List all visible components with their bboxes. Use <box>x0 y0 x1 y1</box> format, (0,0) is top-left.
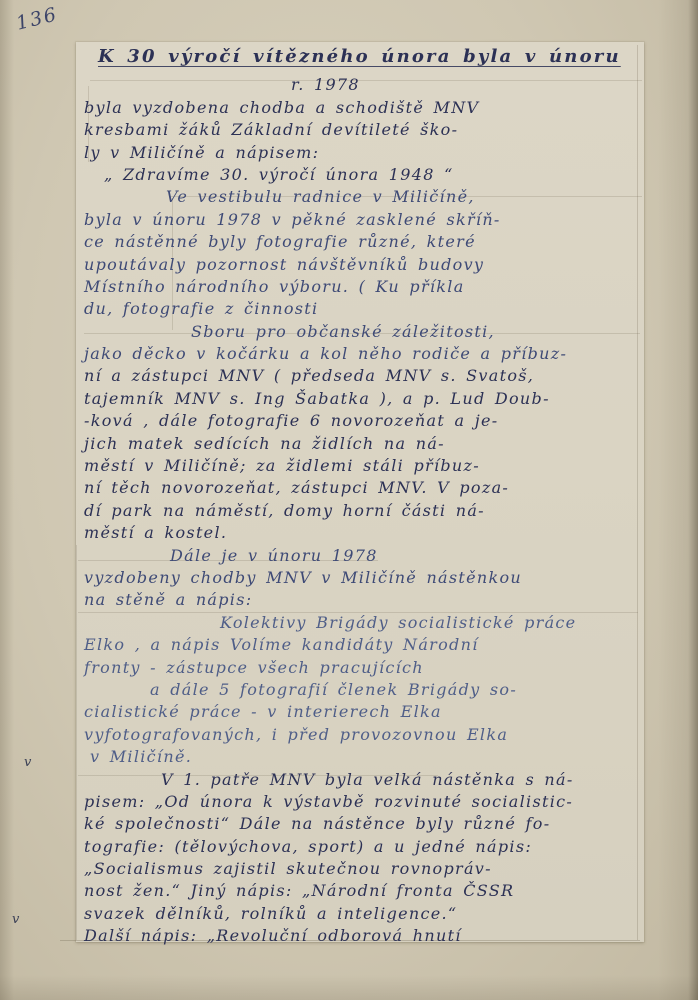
handwritten-line: ké společnosti“ Dále na nástěnce byly rů… <box>84 813 644 835</box>
handwritten-line: vyzdobeny chodby MNV v Miličíně nástěnko… <box>84 567 644 589</box>
handwritten-line: ly v Miličíně a nápisem: <box>84 142 644 164</box>
chronicle-page-scan: 136 v v K 30 výročí vítězného února byla… <box>0 0 698 1000</box>
page-heading: K 30 výročí vítězného února byla v únoru <box>98 46 644 68</box>
paper-seam <box>76 545 77 940</box>
handwritten-line: svazek dělníků, rolníků a inteligence.“ <box>84 903 644 925</box>
handwritten-line: tografie: (tělovýchova, sport) a u jedné… <box>84 836 644 858</box>
handwritten-line: městí a kostel. <box>84 522 644 544</box>
handwritten-line: Místního národního výboru. ( Ku příkla <box>84 276 644 298</box>
handwritten-line: tajemník MNV s. Ing Šabatka ), a p. Lud … <box>84 388 644 410</box>
handwritten-text-block: K 30 výročí vítězného února byla v únoru… <box>84 46 644 948</box>
handwritten-line: „ Zdravíme 30. výročí února 1948 “ <box>104 164 644 186</box>
handwritten-line: nost žen.“ Jiný nápis: „Národní fronta Č… <box>84 880 644 902</box>
handwritten-line: Další nápis: „Revoluční odborová hnutí <box>84 925 644 947</box>
handwritten-line: cialistické práce - v interierech Elka <box>84 701 644 723</box>
handwritten-line: byla v únoru 1978 v pěkné zasklené skříň… <box>84 209 644 231</box>
handwritten-line: V 1. patře MNV byla velká nástěnka s ná- <box>161 769 644 791</box>
handwritten-line: jich matek sedících na židlích na ná- <box>84 433 644 455</box>
handwritten-line: Ve vestibulu radnice v Miličíně, <box>166 186 644 208</box>
page-number: 136 <box>14 3 60 35</box>
handwritten-line: ní těch novorozeňat, zástupci MNV. V poz… <box>84 477 644 499</box>
handwritten-line: byla vyzdobena chodba a schodiště MNV <box>84 97 644 119</box>
handwritten-line: Sboru pro občanské záležitosti, <box>191 321 644 343</box>
handwritten-line: jako děcko v kočárku a kol něho rodiče a… <box>84 343 644 365</box>
handwritten-line: a dále 5 fotografií členek Brigády so- <box>150 679 644 701</box>
handwritten-line: Kolektivy Brigády socialistické práce <box>220 612 644 634</box>
handwritten-line: ní a zástupci MNV ( předseda MNV s. Svat… <box>84 365 644 387</box>
margin-check-mark: v <box>12 912 19 927</box>
handwritten-line: fronty - zástupce všech pracujících <box>84 657 644 679</box>
year-line: r. 1978 <box>291 74 644 96</box>
handwritten-line: -ková , dále fotografie 6 novorozeňat a … <box>84 410 644 432</box>
handwritten-line: dí park na náměstí, domy horní části ná- <box>84 500 644 522</box>
handwritten-line: v Miličíně. <box>90 746 644 768</box>
handwritten-line: kresbami žáků Základní devítileté ško- <box>84 119 644 141</box>
handwritten-line: na stěně a nápis: <box>84 589 644 611</box>
handwritten-line: „Socialismus zajistil skutečnou rovnoprá… <box>84 858 644 880</box>
handwritten-line: vyfotografovaných, i před provozovnou El… <box>84 724 644 746</box>
margin-check-mark: v <box>24 755 31 770</box>
handwritten-line: ce nástěnné byly fotografie různé, které <box>84 231 644 253</box>
handwritten-line: Dále je v únoru 1978 <box>170 545 644 567</box>
handwritten-line: pisem: „Od února k výstavbě rozvinuté so… <box>84 791 644 813</box>
handwritten-line: du, fotografie z činnosti <box>84 298 644 320</box>
handwritten-line: Elko , a nápis Volíme kandidáty Národní <box>84 634 644 656</box>
handwritten-line: upoutávaly pozornost návštěvníků budovy <box>84 254 644 276</box>
handwritten-line: městí v Miličíně; za židlemi stáli příbu… <box>84 455 644 477</box>
